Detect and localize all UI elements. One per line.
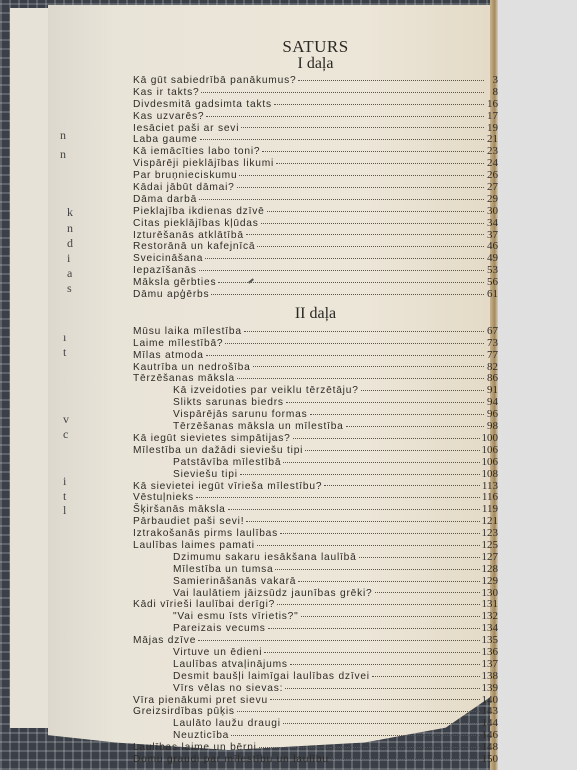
dot-leader (283, 723, 480, 724)
toc-entry-title: Mīlas atmoda (133, 350, 204, 361)
toc-entry: Pareizais vecums134 (133, 622, 498, 634)
toc-page-number: 148 (482, 741, 499, 753)
toc-entry-title: Iepazīšanās (133, 265, 197, 276)
toc-entry-title: "Vai esmu īsts vīrietis?" (173, 611, 299, 622)
toc-entry-title: Vispārējās sarunu formas (173, 409, 308, 420)
toc-page-number: 86 (486, 372, 498, 384)
dot-leader (231, 735, 479, 736)
toc-entry: Šķiršanās māksla119 (133, 503, 498, 515)
toc-entry: Vīrs vēlas no sievas:139 (133, 682, 498, 694)
toc-page-number: 123 (482, 527, 499, 539)
toc-entry-title: Laulības laime un bērni (133, 742, 257, 753)
toc-entry-title: Laulības atvaļinājums (173, 659, 288, 670)
toc-page-number: 140 (482, 694, 499, 706)
dot-leader (280, 533, 479, 534)
toc-entry: Mīlestība un dažādi sieviešu tipi106 (133, 444, 498, 456)
part-2-entries: Mūsu laika mīlestība67Laime mīlestībā?73… (133, 325, 498, 765)
toc-page-number: 134 (482, 622, 499, 634)
toc-page-number: 53 (486, 264, 498, 276)
toc-entry-title: Dāma darbā (133, 194, 197, 205)
dot-leader (228, 509, 480, 510)
table-of-contents: SATURS I daļa Kā gūt sabiedrībā panākumu… (133, 38, 498, 765)
toc-entry: Divdesmitā gadsimta takts16 (133, 98, 498, 110)
toc-page-number: 3 (486, 74, 498, 86)
dot-leader (361, 390, 484, 391)
dot-leader (206, 116, 484, 117)
toc-page-number: 34 (486, 217, 498, 229)
toc-entry: Patstāvība mīlestībā106 (133, 456, 498, 468)
toc-entry-title: Pieklajība ikdienas dzīvē (133, 206, 265, 217)
toc-entry-title: Divdesmitā gadsimta takts (133, 99, 272, 110)
toc-entry: Dāma darbā29 (133, 193, 498, 205)
toc-page-number: 98 (486, 420, 498, 432)
dot-leader (237, 378, 484, 379)
toc-entry: Iztrakošanās pirms laulības123 (133, 527, 498, 539)
margin-letter: v (63, 412, 69, 427)
dot-leader (257, 545, 480, 546)
dot-leader (205, 258, 484, 259)
toc-entry: Kā sievietei iegūt vīrieša mīlestību?113 (133, 480, 498, 492)
toc-entry: Kādai jābūt dāmai?27 (133, 181, 498, 193)
toc-page-number: 138 (482, 670, 499, 682)
margin-letter: n (60, 147, 66, 162)
toc-entry-title: Šķiršanās māksla (133, 504, 226, 515)
toc-entry-title: Laime mīlestībā? (133, 338, 223, 349)
toc-entry-title: Mājas dzīve (133, 635, 196, 646)
toc-entry-title: Tērzēšanas māksla (133, 373, 235, 384)
toc-page-number: 119 (482, 503, 498, 515)
toc-entry-title: Sieviešu tipi (173, 469, 238, 480)
dot-leader (290, 664, 480, 665)
toc-entry-title: Vēstuļnieks (133, 492, 194, 503)
dot-leader (283, 462, 479, 463)
toc-entry-title: Virtuve un ēdieni (173, 647, 262, 658)
toc-entry: Slikts sarunas biedrs94 (133, 396, 498, 408)
toc-entry: Iepazīšanās53 (133, 264, 498, 276)
toc-entry: Vai laulātiem jāizsūdz jaunības grēki?13… (133, 587, 498, 599)
toc-page-number: 146 (482, 729, 499, 741)
toc-entry: Tērzēšanas māksla86 (133, 372, 498, 384)
toc-entry: Pieklajība ikdienas dzīvē30 (133, 205, 498, 217)
margin-letter: t (63, 345, 66, 360)
margin-letter: i (67, 251, 70, 266)
dot-leader (264, 652, 479, 653)
dot-leader (268, 628, 480, 629)
dot-leader (240, 474, 480, 475)
dot-leader (346, 426, 484, 427)
toc-entry: Kā iegūt sievietes simpātijas?100 (133, 432, 498, 444)
toc-page-number: 23 (486, 145, 498, 157)
toc-entry-title: Citas pieklājības kļūdas (133, 218, 259, 229)
toc-entry-title: Restorānā un kafejnīcā (133, 241, 255, 252)
toc-page-number: 129 (482, 575, 499, 587)
dot-leader (331, 759, 480, 760)
margin-letter: l (63, 503, 66, 518)
toc-entry: Iesāciet paši ar sevi19 (133, 122, 498, 134)
dot-leader (270, 699, 480, 700)
dot-leader (225, 343, 484, 344)
toc-entry: Mūsu laika mīlestība67 (133, 325, 498, 337)
toc-entry: Dāmu apģērbs61 (133, 288, 498, 300)
toc-entry-title: Kādi vīrieši laulībai derīgi? (133, 599, 275, 610)
toc-entry: Kas ir takts?8 (133, 86, 498, 98)
dot-leader (274, 104, 484, 105)
toc-entry-title: Greizsirdības pūķis (133, 706, 235, 717)
dot-leader (253, 366, 484, 367)
toc-entry: Kā gūt sabiedrībā panākumus?3 (133, 74, 498, 86)
dot-leader (298, 80, 484, 81)
toc-entry: Virtuve un ēdieni136 (133, 646, 498, 658)
dot-leader (199, 199, 484, 200)
toc-entry-title: Iztrakošanās pirms laulības (133, 528, 278, 539)
toc-entry: Restorānā un kafejnīcā46 (133, 240, 498, 252)
dot-leader (298, 581, 479, 582)
toc-page-number: 106 (482, 444, 499, 456)
toc-page-number: 94 (486, 396, 498, 408)
toc-entry: Vispārēji pieklājības likumi24 (133, 157, 498, 169)
toc-page-number: 82 (486, 361, 498, 373)
toc-entry-title: Iesāciet paši ar sevi (133, 123, 239, 134)
toc-page-number: 132 (482, 610, 499, 622)
toc-entry: Laime mīlestībā?73 (133, 337, 498, 349)
dot-leader (372, 676, 480, 677)
toc-entry-title: Slikts sarunas biedrs (173, 397, 284, 408)
toc-page-number: 27 (486, 181, 498, 193)
dot-leader (246, 521, 479, 522)
dot-leader (276, 163, 484, 164)
facing-page (498, 0, 577, 770)
dot-leader (259, 747, 480, 748)
toc-entry: Pārbaudiet paši sevi!121 (133, 515, 498, 527)
toc-entry-title: Vai laulātiem jāizsūdz jaunības grēki? (173, 588, 373, 599)
toc-page-number: 121 (482, 515, 499, 527)
toc-page-number: 106 (482, 456, 499, 468)
toc-entry-title: Desmit baušļi laimīgai laulības dzīvei (173, 671, 370, 682)
toc-page-number: 30 (486, 205, 498, 217)
toc-page-number: 29 (486, 193, 498, 205)
previous-page-margin-letters: nnkndiasıtvcitl (0, 0, 80, 770)
toc-page-number: 91 (486, 384, 498, 396)
toc-page-number: 108 (482, 468, 499, 480)
toc-entry-title: Mūsu laika mīlestība (133, 326, 242, 337)
dot-leader (262, 151, 484, 152)
toc-entry-title: Sveicināšana (133, 253, 203, 264)
dot-leader (261, 223, 484, 224)
dot-leader (310, 414, 484, 415)
part-2-heading: II daļa (133, 306, 498, 322)
toc-page-number: 49 (486, 252, 498, 264)
toc-entry: Dzimumu sakaru iesākšana laulībā127 (133, 551, 498, 563)
toc-entry-title: Kā iemācīties labo toni? (133, 146, 260, 157)
toc-entry-title: Izturēšanās atklātībā (133, 230, 244, 241)
toc-entry: Vispārējās sarunu formas96 (133, 408, 498, 420)
part-1-heading: I daļa (133, 56, 498, 72)
dot-leader (359, 557, 480, 558)
toc-page-number: 127 (482, 551, 499, 563)
margin-letter: k (67, 205, 73, 220)
margin-letter: c (63, 427, 68, 442)
dot-leader (324, 485, 480, 486)
toc-entry-title: Kādai jābūt dāmai? (133, 182, 235, 193)
toc-entry-title: Par bruņnieciskumu (133, 170, 237, 181)
dot-leader (275, 569, 479, 570)
dot-leader (201, 92, 484, 93)
toc-entry-title: Kā sievietei iegūt vīrieša mīlestību? (133, 481, 322, 492)
toc-page-number: 73 (486, 337, 498, 349)
dot-leader (257, 246, 484, 247)
toc-entry: Laulāto laužu draugi144 (133, 717, 498, 729)
toc-entry: Māksla gērbties56 (133, 276, 498, 288)
toc-entry-title: Neuzticība (173, 730, 229, 741)
toc-entry: Izturēšanās atklātībā37 (133, 229, 498, 241)
toc-entry-title: Samierināšanās vakarā (173, 576, 296, 587)
margin-letter: d (67, 236, 73, 251)
toc-page-number: 130 (482, 587, 499, 599)
toc-entry: Laulības laime un bērni148 (133, 741, 498, 753)
toc-page-number: 16 (486, 98, 498, 110)
margin-letter: n (67, 221, 73, 236)
dot-leader (277, 604, 479, 605)
toc-entry-title: Pārbaudiet paši sevi! (133, 516, 244, 527)
toc-page-number: 24 (486, 157, 498, 169)
toc-page-number: 125 (482, 539, 499, 551)
toc-entry-title: Tērzēšanas māksla un mīlestība (173, 421, 344, 432)
toc-page-number: 96 (486, 408, 498, 420)
toc-entry: Par bruņnieciskumu26 (133, 169, 498, 181)
toc-entry-title: Māksla gērbties (133, 277, 216, 288)
toc-entry: Vēstuļnieks116 (133, 491, 498, 503)
dot-leader (218, 282, 484, 283)
toc-page-number: 144 (482, 717, 499, 729)
toc-title: SATURS (133, 38, 498, 56)
toc-entry: Sveicināšana49 (133, 252, 498, 264)
toc-page-number: 46 (486, 240, 498, 252)
toc-entry-title: Vīrs vēlas no sievas: (173, 683, 283, 694)
toc-entry-title: Dzimumu sakaru iesākšana laulībā (173, 552, 357, 563)
dot-leader (285, 688, 479, 689)
toc-entry: Laulības laimes pamati125 (133, 539, 498, 551)
toc-entry: Kādi vīrieši laulībai derīgi?131 (133, 598, 498, 610)
toc-page-number: 19 (486, 122, 498, 134)
toc-entry: Vīra pienākumi pret sievu140 (133, 694, 498, 706)
margin-letter: n (60, 128, 66, 143)
toc-entry-title: Kā iegūt sievietes simpātijas? (133, 433, 291, 444)
toc-entry-title: Kā izveidoties par veiklu tērzētāju? (173, 385, 359, 396)
toc-entry: Laulības atvaļinājums137 (133, 658, 498, 670)
toc-entry-title: Vispārēji pieklājības likumi (133, 158, 274, 169)
toc-page-number: 26 (486, 169, 498, 181)
toc-page-number: 17 (486, 110, 498, 122)
dot-leader (267, 211, 484, 212)
toc-page-number: 61 (486, 288, 498, 300)
toc-entry: Citas pieklājības kļūdas34 (133, 217, 498, 229)
part-1-entries: Kā gūt sabiedrībā panākumus?3Kas ir takt… (133, 74, 498, 300)
toc-entry: Mīlestība un tumsa128 (133, 563, 498, 575)
margin-letter: i (63, 474, 66, 489)
toc-entry-title: Laulāto laužu draugi (173, 718, 281, 729)
toc-entry: Mīlas atmoda77 (133, 349, 498, 361)
toc-page-number: 56 (486, 276, 498, 288)
toc-entry-title: Kā gūt sabiedrībā panākumus? (133, 75, 296, 86)
dot-leader (293, 438, 480, 439)
toc-entry: Greizsirdības pūķis143 (133, 705, 498, 717)
dot-leader (199, 270, 484, 271)
toc-entry: Kā izveidoties par veiklu tērzētāju?91 (133, 384, 498, 396)
dot-leader (246, 234, 484, 235)
dot-leader (301, 616, 480, 617)
toc-page-number: 37 (486, 229, 498, 241)
toc-entry: Tērzēšanas māksla un mīlestība98 (133, 420, 498, 432)
toc-entry: Samierināšanās vakarā129 (133, 575, 498, 587)
toc-page-number: 136 (482, 646, 499, 658)
toc-entry: Domu graudi par mīlestību un laulību150 (133, 753, 498, 765)
margin-letter: ı (63, 330, 66, 345)
toc-entry-title: Kas ir takts? (133, 87, 199, 98)
toc-entry-title: Pareizais vecums (173, 623, 266, 634)
toc-page-number: 21 (486, 133, 498, 145)
toc-entry-title: Laulības laimes pamati (133, 540, 255, 551)
dot-leader (241, 127, 484, 128)
toc-entry: Kautrība un nedrošība82 (133, 361, 498, 373)
toc-entry-title: Mīlestība un dažādi sieviešu tipi (133, 445, 303, 456)
dot-leader (244, 331, 484, 332)
toc-entry-title: Laba gaume (133, 134, 198, 145)
toc-entry-title: Dāmu apģērbs (133, 289, 209, 300)
dot-leader (211, 294, 484, 295)
dot-leader (375, 592, 480, 593)
toc-entry-title: Patstāvība mīlestībā (173, 457, 281, 468)
toc-entry-title: Kautrība un nedrošība (133, 362, 251, 373)
toc-page-number: 67 (486, 325, 498, 337)
toc-page-number: 150 (482, 753, 499, 765)
dot-leader (237, 187, 484, 188)
toc-page-number: 135 (482, 634, 499, 646)
dot-leader (305, 450, 479, 451)
toc-entry: Laba gaume21 (133, 133, 498, 145)
margin-letter: s (67, 281, 72, 296)
toc-entry-title: Kas uzvarēs? (133, 111, 204, 122)
toc-page-number: 143 (482, 705, 499, 717)
margin-letter: t (63, 489, 66, 504)
dot-leader (237, 711, 480, 712)
toc-entry: Mājas dzīve135 (133, 634, 498, 646)
toc-page-number: 77 (486, 349, 498, 361)
toc-page-number: 128 (482, 563, 499, 575)
toc-entry: Kas uzvarēs?17 (133, 110, 498, 122)
toc-entry-title: Mīlestība un tumsa (173, 564, 273, 575)
dot-leader (196, 497, 480, 498)
toc-page-number: 139 (482, 682, 499, 694)
toc-page-number: 8 (486, 86, 498, 98)
toc-entry: Sieviešu tipi108 (133, 468, 498, 480)
toc-entry: Desmit baušļi laimīgai laulības dzīvei13… (133, 670, 498, 682)
dot-leader (239, 175, 484, 176)
dot-leader (200, 139, 484, 140)
toc-page-number: 116 (482, 491, 498, 503)
margin-letter: a (67, 266, 72, 281)
toc-entry-title: Vīra pienākumi pret sievu (133, 695, 268, 706)
dot-leader (206, 355, 484, 356)
toc-page-number: 100 (482, 432, 499, 444)
toc-page-number: 137 (482, 658, 499, 670)
toc-entry: Neuzticība146 (133, 729, 498, 741)
toc-entry-title: Domu graudi par mīlestību un laulību (133, 754, 329, 765)
toc-entry: Kā iemācīties labo toni?23 (133, 145, 498, 157)
dot-leader (286, 402, 484, 403)
dot-leader (198, 640, 479, 641)
toc-entry: "Vai esmu īsts vīrietis?"132 (133, 610, 498, 622)
toc-page-number: 113 (482, 480, 498, 492)
toc-page-number: 131 (482, 598, 499, 610)
